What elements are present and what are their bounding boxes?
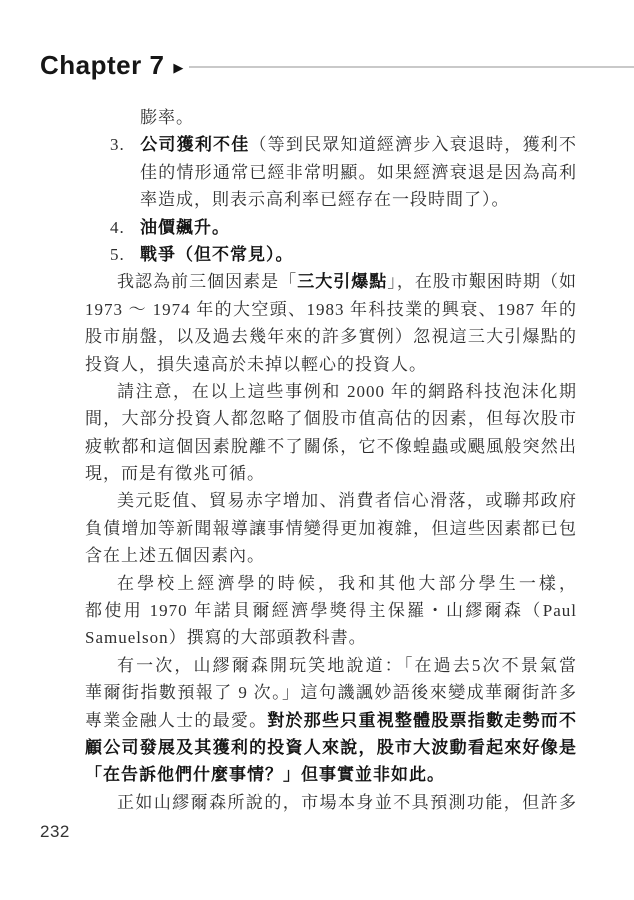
list-number: 3. [110, 131, 140, 158]
text-line: 膨率。 [85, 104, 577, 131]
text-line: 投資人，損失遠高於未掉以輕心的投資人。 [85, 351, 577, 378]
emphasis-text: 顧公司發展及其獲利的投資人來說，股市大波動看起來好像是 [85, 738, 577, 757]
body-text-segment: Samuelson）撰寫的大部頭教科書。 [85, 628, 367, 647]
book-page: Chapter 7 ▶ 膨率。3.公司獲利不佳（等到民眾知道經濟步入衰退時，獲利… [0, 0, 634, 900]
body-text-segment: 佳的情形通常已經非常明顯。如果經濟衰退是因為高利 [140, 163, 577, 182]
body-text: 膨率。3.公司獲利不佳（等到民眾知道經濟步入衰退時，獲利不佳的情形通常已經非常明… [85, 104, 577, 816]
chapter-header: Chapter 7 ▶ [40, 50, 634, 81]
body-text-segment: 現，而是有徵兆可循。 [85, 464, 265, 483]
text-line: 率造成，則表示高利率已經存在一段時間了）。 [85, 186, 577, 213]
text-line: 疲軟都和這個因素脫離不了關係，它不像蝗蟲或颶風般突然出 [85, 433, 577, 460]
emphasis-text: 「在告訴他們什麼事情？」但事實並非如此。 [85, 765, 445, 784]
text-line: 3.公司獲利不佳（等到民眾知道經濟步入衰退時，獲利不 [85, 131, 577, 158]
text-line: 「在告訴他們什麼事情？」但事實並非如此。 [85, 761, 577, 788]
body-text-segment: 在學校上經濟學的時候，我和其他大部分學生一樣， [117, 574, 577, 593]
list-number: 5. [110, 241, 140, 268]
text-line: 正如山繆爾森所說的，市場本身並不具預測功能，但許多 [85, 789, 577, 816]
text-line: 顧公司發展及其獲利的投資人來說，股市大波動看起來好像是 [85, 734, 577, 761]
page-number: 232 [40, 822, 70, 842]
chapter-title: Chapter 7 [40, 50, 164, 81]
text-line: 請注意，在以上這些事例和 2000 年的網路科技泡沫化期 [85, 378, 577, 405]
body-text-segment: 疲軟都和這個因素脫離不了關係，它不像蝗蟲或颶風般突然出 [85, 437, 577, 456]
body-text-segment: 專業金融人士的最愛。 [85, 711, 267, 730]
text-line: 佳的情形通常已經非常明顯。如果經濟衰退是因為高利 [85, 159, 577, 186]
body-text-segment: 都使用 1970 年諾貝爾經濟學獎得主保羅・山繆爾森（Paul [85, 601, 577, 620]
text-line: 間，大部分投資人都忽略了個股市值高估的因素，但每次股市 [85, 405, 577, 432]
body-text-segment: 1973 ～ 1974 年的大空頭、1983 年科技業的興衰、1987 年的 [85, 300, 577, 319]
text-line: 4.油價飆升。 [85, 214, 577, 241]
body-text-segment: 」，在股市艱困時期（如 [387, 272, 577, 291]
emphasis-text: 對於那些只重視整體股票指數走勢而不 [267, 711, 577, 730]
text-line: 美元貶值、貿易赤字增加、消費者信心滑落，或聯邦政府 [85, 487, 577, 514]
emphasis-text: 戰爭（但不常見）。 [140, 245, 294, 264]
emphasis-text: 公司獲利不佳 [140, 135, 249, 154]
text-line: 都使用 1970 年諾貝爾經濟學獎得主保羅・山繆爾森（Paul [85, 597, 577, 624]
body-text-segment: 美元貶值、貿易赤字增加、消費者信心滑落，或聯邦政府 [117, 491, 577, 510]
body-text-segment: 投資人，損失遠高於未掉以輕心的投資人。 [85, 355, 427, 374]
text-line: 含在上述五個因素內。 [85, 542, 577, 569]
header-rule [189, 66, 634, 68]
chapter-arrow-icon: ▶ [173, 61, 183, 74]
body-text-segment: 間，大部分投資人都忽略了個股市值高估的因素，但每次股市 [85, 409, 577, 428]
body-text-segment: 我認為前三個因素是「 [117, 272, 297, 291]
body-text-segment: 有一次，山繆爾森開玩笑地說道：「在過去5次不景氣當中， [117, 656, 577, 679]
text-line: 華爾街指數預報了 9 次。」這句譏諷妙語後來變成華爾街許多 [85, 679, 577, 706]
text-line: 股市崩盤，以及過去幾年來的許多實例）忽視這三大引爆點的 [85, 323, 577, 350]
text-line: 有一次，山繆爾森開玩笑地說道：「在過去5次不景氣當中， [85, 652, 577, 679]
body-text-segment: 含在上述五個因素內。 [85, 546, 265, 565]
body-text-segment: 負債增加等新聞報導讓事情變得更加複雜，但這些因素都已包 [85, 519, 577, 538]
body-text-segment: 請注意，在以上這些事例和 2000 年的網路科技泡沫化期 [117, 382, 577, 401]
body-text-segment: 華爾街指數預報了 9 次。」這句譏諷妙語後來變成華爾街許多 [85, 683, 577, 702]
list-number: 4. [110, 214, 140, 241]
text-line: 5.戰爭（但不常見）。 [85, 241, 577, 268]
text-line: 在學校上經濟學的時候，我和其他大部分學生一樣， [85, 570, 577, 597]
text-line: 專業金融人士的最愛。對於那些只重視整體股票指數走勢而不 [85, 707, 577, 734]
emphasis-text: 三大引爆點 [297, 272, 387, 291]
text-line: 我認為前三個因素是「三大引爆點」，在股市艱困時期（如 [85, 268, 577, 295]
text-line: 現，而是有徵兆可循。 [85, 460, 577, 487]
text-line: 1973 ～ 1974 年的大空頭、1983 年科技業的興衰、1987 年的 [85, 296, 577, 323]
body-text-segment: 股市崩盤，以及過去幾年來的許多實例）忽視這三大引爆點的 [85, 327, 577, 346]
body-text-segment: （等到民眾知道經濟步入衰退時，獲利不 [249, 135, 577, 154]
body-text-segment: 率造成，則表示高利率已經存在一段時間了）。 [140, 190, 510, 209]
body-text-segment: 膨率。 [140, 108, 194, 127]
emphasis-text: 油價飆升。 [140, 218, 230, 237]
text-line: Samuelson）撰寫的大部頭教科書。 [85, 624, 577, 651]
text-line: 負債增加等新聞報導讓事情變得更加複雜，但這些因素都已包 [85, 515, 577, 542]
body-text-segment: 正如山繆爾森所說的，市場本身並不具預測功能，但許多 [117, 793, 577, 812]
